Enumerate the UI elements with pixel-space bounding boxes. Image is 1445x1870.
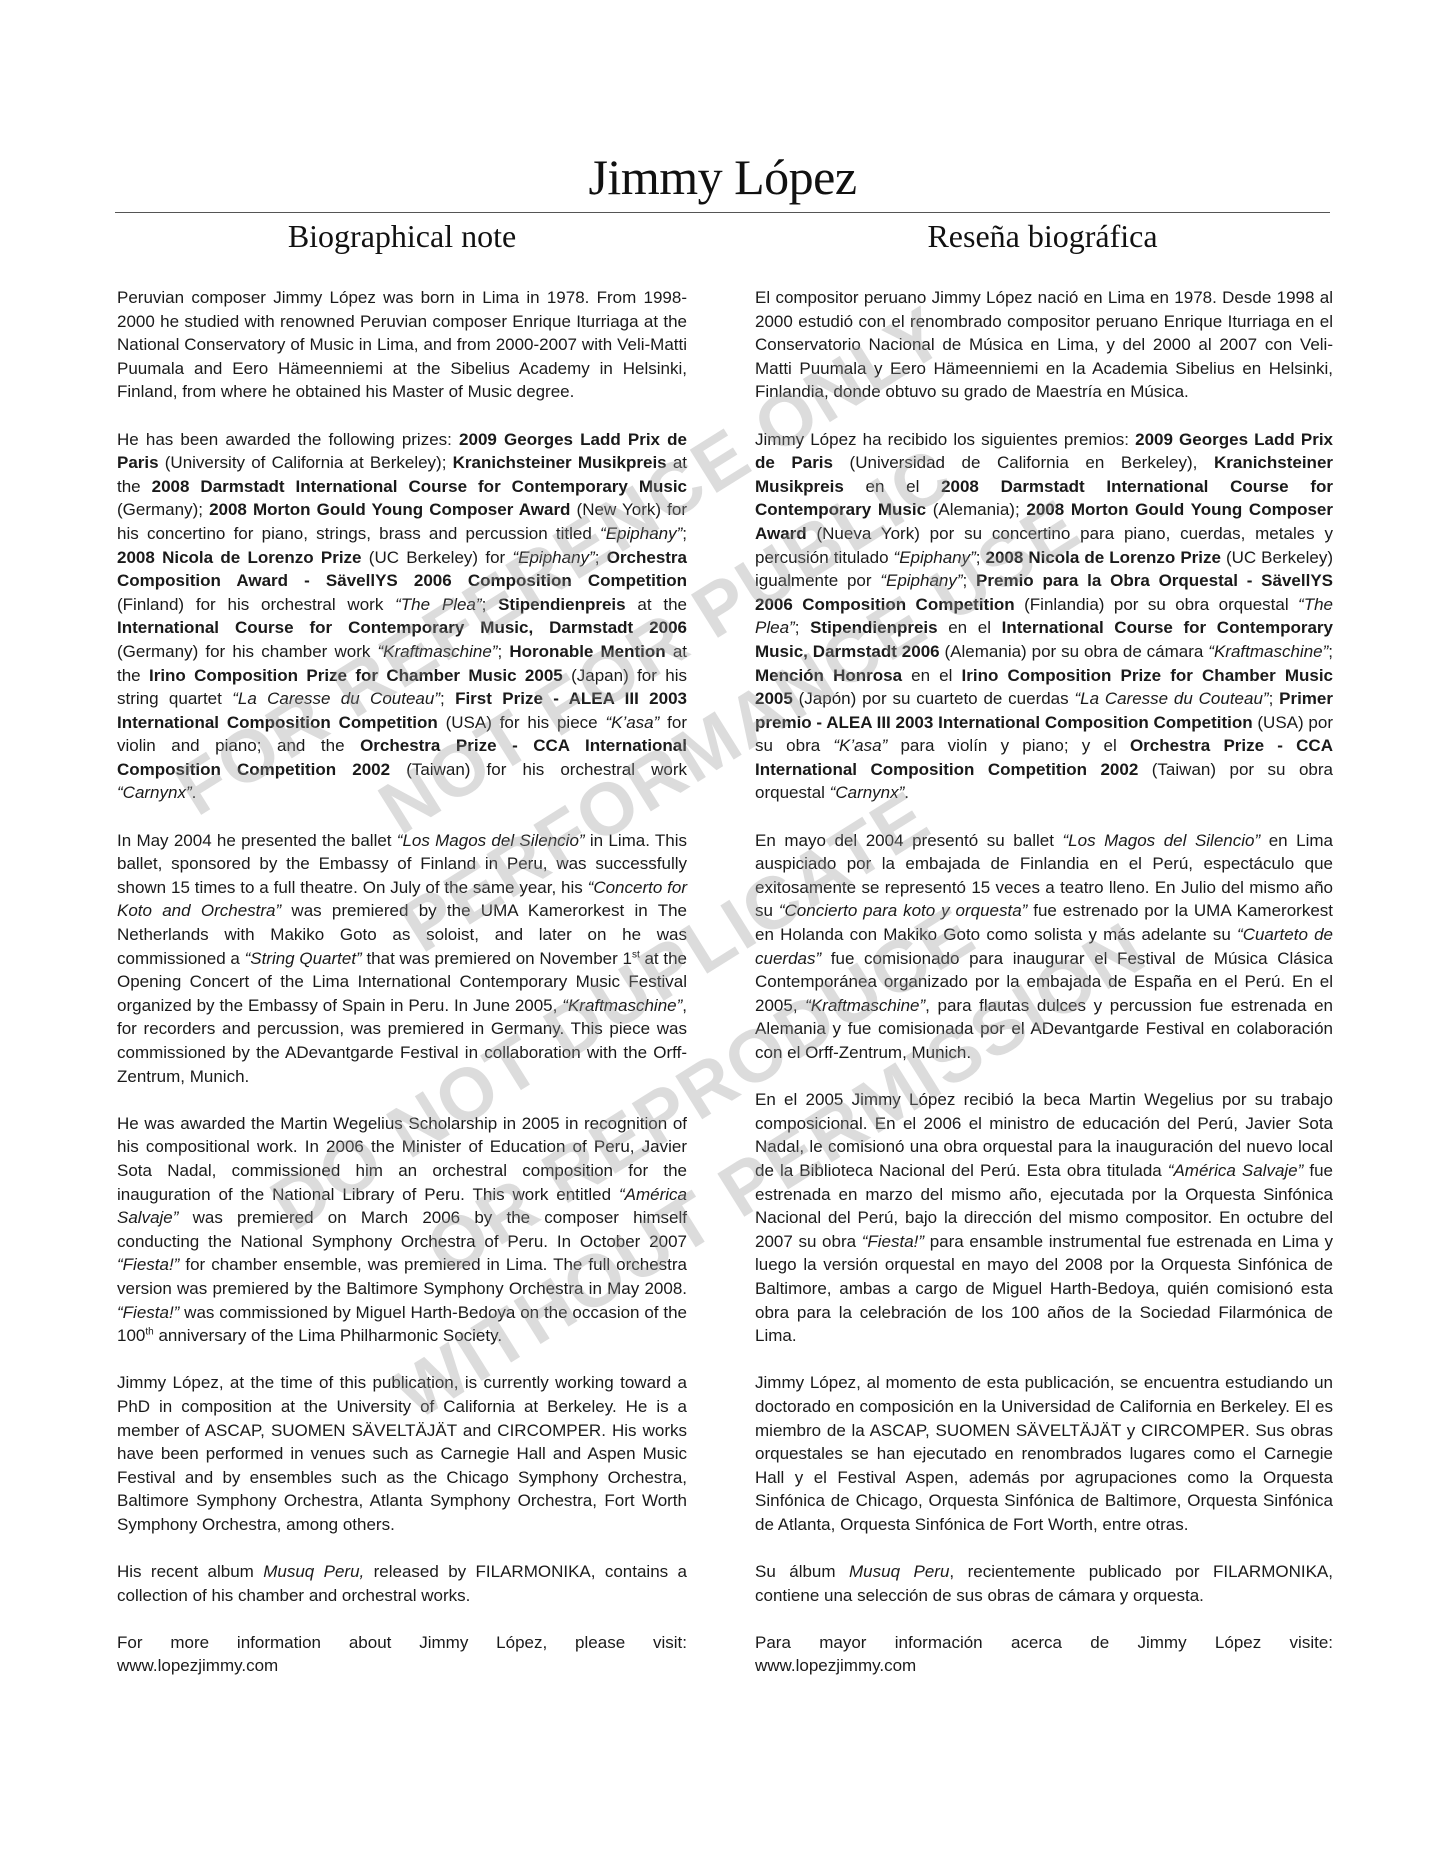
text-run: (Germany) for his chamber work (117, 642, 377, 661)
text-run: (University of California at Berkeley); (159, 453, 453, 472)
biography-paragraph: For more information about Jimmy López, … (117, 1631, 687, 1678)
text-run: (Alemania); (926, 500, 1026, 519)
work-title: “Kraftmaschine” (562, 996, 682, 1015)
work-title: “Los Magos del Silencio” (397, 831, 585, 850)
text-run: ; (963, 571, 977, 590)
work-title: “Epiphany” (880, 571, 962, 590)
text-run: ; (1328, 642, 1333, 661)
biography-paragraph: Jimmy López ha recibido los siguientes p… (755, 428, 1333, 806)
award-name: Horonable Mention (509, 642, 665, 661)
biography-paragraph: He has been awarded the following prizes… (117, 428, 687, 806)
work-title: “La Caresse du Couteau” (1074, 689, 1268, 708)
text-run: para violín y piano; y el (887, 736, 1130, 755)
biography-paragraph: En mayo del 2004 presentó su ballet “Los… (755, 829, 1333, 1065)
text-run: In May 2004 he presented the ballet (117, 831, 397, 850)
text-run: (Taiwan) for his orchestral work (390, 760, 687, 779)
text-run: Jimmy López, al momento de esta publicac… (755, 1373, 1333, 1534)
text-run: ; (795, 618, 810, 637)
ordinal-suffix: th (145, 1326, 153, 1337)
biography-paragraph: He was awarded the Martin Wegelius Schol… (117, 1112, 687, 1348)
spanish-biography-column: El compositor peruano Jimmy López nació … (755, 286, 1333, 1702)
work-title: “String Quartet” (245, 949, 362, 968)
biography-paragraph: Para mayor información acerca de Jimmy L… (755, 1631, 1333, 1678)
work-title: “The Plea” (395, 595, 481, 614)
work-title: “Concierto para koto y orquesta” (779, 901, 1028, 920)
text-run: (Germany); (117, 500, 209, 519)
text-run: He has been awarded the following prizes… (117, 430, 459, 449)
text-run: ; (497, 642, 509, 661)
text-run: ; (682, 524, 687, 543)
award-name: 2008 Darmstadt International Course for … (152, 477, 687, 496)
work-title: “Kraftmaschine” (377, 642, 497, 661)
work-title: “Fiesta!” (117, 1303, 179, 1322)
work-title: “Fiesta!” (117, 1255, 179, 1274)
award-name: Mención Honrosa (755, 666, 902, 685)
text-run: (Universidad de California en Berkeley), (833, 453, 1214, 472)
text-run: en el (938, 618, 1002, 637)
document-page: Jimmy López Biographical note Reseña bio… (0, 0, 1445, 1870)
work-title: Musuq Peru, (263, 1562, 364, 1581)
work-title: “Kraftmaschine” (1208, 642, 1328, 661)
work-title: “Epiphany” (894, 548, 976, 567)
text-run: for chamber ensemble, was premiered in L… (117, 1255, 687, 1298)
text-run: Su álbum (755, 1562, 849, 1581)
text-run: . (192, 783, 197, 802)
text-run: . (904, 783, 909, 802)
english-biography-column: Peruvian composer Jimmy López was born i… (117, 286, 687, 1702)
text-run: ; (595, 548, 607, 567)
text-run: El compositor peruano Jimmy López nació … (755, 288, 1333, 401)
title-divider (115, 212, 1330, 213)
text-run: (Finlandia) por su obra orquestal (1015, 595, 1298, 614)
text-run: Peruvian composer Jimmy López was born i… (117, 288, 687, 401)
work-title: Musuq Peru (849, 1562, 949, 1581)
text-run: Jimmy López, at the time of this publica… (117, 1373, 687, 1534)
text-run: For more information about Jimmy López, … (117, 1633, 687, 1676)
work-title: “Kraftmaschine” (805, 996, 925, 1015)
biography-paragraph: Jimmy López, at the time of this publica… (117, 1371, 687, 1536)
text-run: at the (626, 595, 687, 614)
text-run: ; (482, 595, 499, 614)
text-run: anniversary of the Lima Philharmonic Soc… (154, 1326, 502, 1345)
work-title: “Los Magos del Silencio” (1063, 831, 1261, 850)
text-run: that was premiered on November 1 (362, 949, 632, 968)
text-run: en el (902, 666, 962, 685)
text-run: Para mayor información acerca de Jimmy L… (755, 1633, 1333, 1676)
text-run: Jimmy López ha recibido los siguientes p… (755, 430, 1135, 449)
work-title: “América Salvaje” (1168, 1161, 1304, 1180)
text-run: (UC Berkeley) for (362, 548, 513, 567)
biography-paragraph: El compositor peruano Jimmy López nació … (755, 286, 1333, 404)
award-name: Irino Composition Prize for Chamber Musi… (149, 666, 563, 685)
work-title: “K’asa” (605, 713, 659, 732)
text-run: ; (976, 548, 986, 567)
biography-paragraph: Su álbum Musuq Peru, recientemente publi… (755, 1560, 1333, 1607)
text-run: He was awarded the Martin Wegelius Schol… (117, 1114, 687, 1204)
award-name: 2008 Morton Gould Young Composer Award (209, 500, 570, 519)
document-title: Jimmy López (0, 145, 1445, 209)
award-name: Kranichsteiner Musikpreis (453, 453, 667, 472)
work-title: “La Caresse du Couteau” (232, 689, 440, 708)
text-run: (Alemania) por su obra de cámara (940, 642, 1209, 661)
biography-paragraph: Jimmy López, al momento de esta publicac… (755, 1371, 1333, 1536)
text-run: was premiered on March 2006 by the compo… (117, 1208, 687, 1251)
award-name: International Course for Contemporary Mu… (117, 618, 687, 637)
text-run: (Japón) por su cuarteto de cuerdas (793, 689, 1075, 708)
text-run: (USA) for his piece (438, 713, 606, 732)
biography-paragraph: En el 2005 Jimmy López recibió la beca M… (755, 1088, 1333, 1348)
biography-paragraph: In May 2004 he presented the ballet “Los… (117, 829, 687, 1089)
work-title: “Fiesta!” (862, 1232, 924, 1251)
text-run: (Finland) for his orchestral work (117, 595, 395, 614)
award-name: Stipendienpreis (810, 618, 938, 637)
biography-paragraph: His recent album Musuq Peru, released by… (117, 1560, 687, 1607)
text-run: en el (844, 477, 941, 496)
work-title: “Epiphany” (600, 524, 682, 543)
work-title: “Carnynx” (830, 783, 905, 802)
text-run: His recent album (117, 1562, 263, 1581)
work-title: “Epiphany” (512, 548, 594, 567)
award-name: 2008 Nicola de Lorenzo Prize (117, 548, 362, 567)
biography-paragraph: Peruvian composer Jimmy López was born i… (117, 286, 687, 404)
work-title: “K’asa” (833, 736, 887, 755)
award-name: 2008 Nicola de Lorenzo Prize (986, 548, 1221, 567)
text-run: ; (1269, 689, 1280, 708)
award-name: Stipendienpreis (498, 595, 626, 614)
ordinal-suffix: st (632, 949, 640, 960)
work-title: “Carnynx” (117, 783, 192, 802)
text-run: En mayo del 2004 presentó su ballet (755, 831, 1063, 850)
text-run: ; (440, 689, 455, 708)
english-heading: Biographical note (117, 216, 687, 256)
spanish-heading: Reseña biográfica (755, 216, 1330, 256)
